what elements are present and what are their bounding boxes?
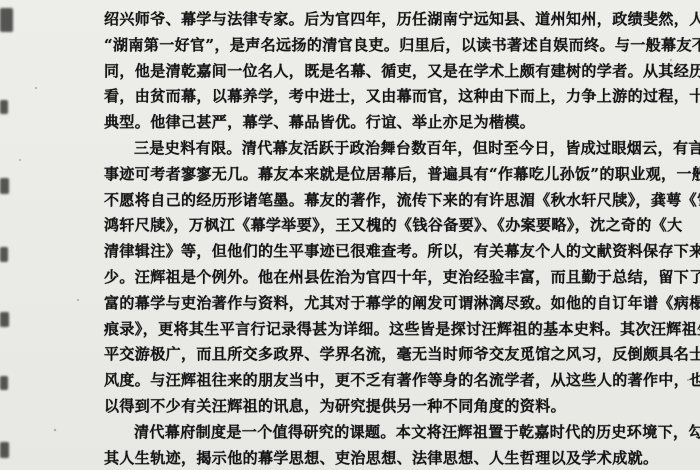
text-line: 事迹可考者寥寥无几。幕友本来就是位居幕后，普遍具有“作幕吃儿孙饭”的职业观，一般 <box>104 162 662 188</box>
scan-artifact <box>0 312 9 327</box>
text-line: “湖南第一好官”，是声名远扬的清官良吏。归里后，以读书著述自娱而终。与一般幕友不 <box>104 33 662 59</box>
text-line: 绍兴师爷、幕学与法律专家。后为官四年，历任湖南宁远知县、道州知州，政绩斐然，人称 <box>104 7 662 33</box>
text-line: 平交游极广，而且所交多政界、学界名流，毫无当时师爷交友觅馆之风习，反倒颇具名士之 <box>104 342 662 368</box>
scan-artifact <box>0 442 9 458</box>
text-line: 少。汪辉祖是个例外。他在州县佐治为官四十年，吏治经验丰富，而且勤于总结，留下了丰 <box>104 265 662 291</box>
text-line: 看，由贫而幕，以幕养学，考中进士，又由幕而官，这种由下而上，力争上游的过程，十分 <box>104 84 662 110</box>
scan-artifact <box>0 100 8 114</box>
text-line: 不愿将自己的经历形诸笔墨。幕友的著作，流传下来的有许思湄《秋水轩尺牍》，龚萼《雪 <box>104 188 662 214</box>
scan-artifact <box>0 247 8 262</box>
text-line: 以得到不少有关汪辉祖的讯息，为研究提供另一种不同角度的资料。 <box>104 394 662 420</box>
text-line: 清律辑注》等，但他们的生平事迹已很难查考。所以，有关幕友个人的文献资料保存下来很 <box>104 239 662 265</box>
text-line: 典型。他律己甚严，幕学、幕品皆优。行谊、举止亦足为楷模。 <box>104 110 662 136</box>
text-line: 鸿轩尺牍》，万枫江《幕学举要》，王又槐的《钱谷备要》、《办案要略》，沈之奇的《大 <box>104 213 662 239</box>
text-line: 同，他是清乾嘉间一位名人，既是名幕、循吏，又是在学术上颇有建树的学者。从其经历来 <box>104 59 662 85</box>
text-line: 富的幕学与吏治著作与资料，尤其对于幕学的阐发可谓淋漓尽致。如他的自订年谱《病榻梦 <box>104 291 662 317</box>
scan-artifact <box>0 178 9 194</box>
text-line: 痕录》，更将其生平言行记录得甚为详细。这些皆是探讨汪辉祖的基本史料。其次汪辉祖生 <box>104 317 662 343</box>
scan-artifact <box>0 8 13 32</box>
scanned-page: 绍兴师爷、幕学与法律专家。后为官四年，历任湖南宁远知县、道州知州，政绩斐然，人称… <box>0 0 700 470</box>
body-text: 绍兴师爷、幕学与法律专家。后为官四年，历任湖南宁远知县、道州知州，政绩斐然，人称… <box>104 7 662 470</box>
scan-artifact <box>0 376 8 390</box>
text-line: 三是史料有限。清代幕友活跃于政治舞台数百年，但时至今日，皆成过眼烟云，有言行 <box>104 136 662 162</box>
text-line: 清代幕府制度是一个值得研究的课题。本文将汪辉祖置于乾嘉时代的历史环境下，勾画 <box>104 420 662 446</box>
text-line: 风度。与汪辉祖往来的朋友当中，更不乏有著作等身的名流学者，从这些人的著作中，也可 <box>104 368 662 394</box>
text-line: 其人生轨迹，揭示他的幕学思想、吏治思想、法律思想、人生哲理以及学术成就。 <box>104 446 662 470</box>
